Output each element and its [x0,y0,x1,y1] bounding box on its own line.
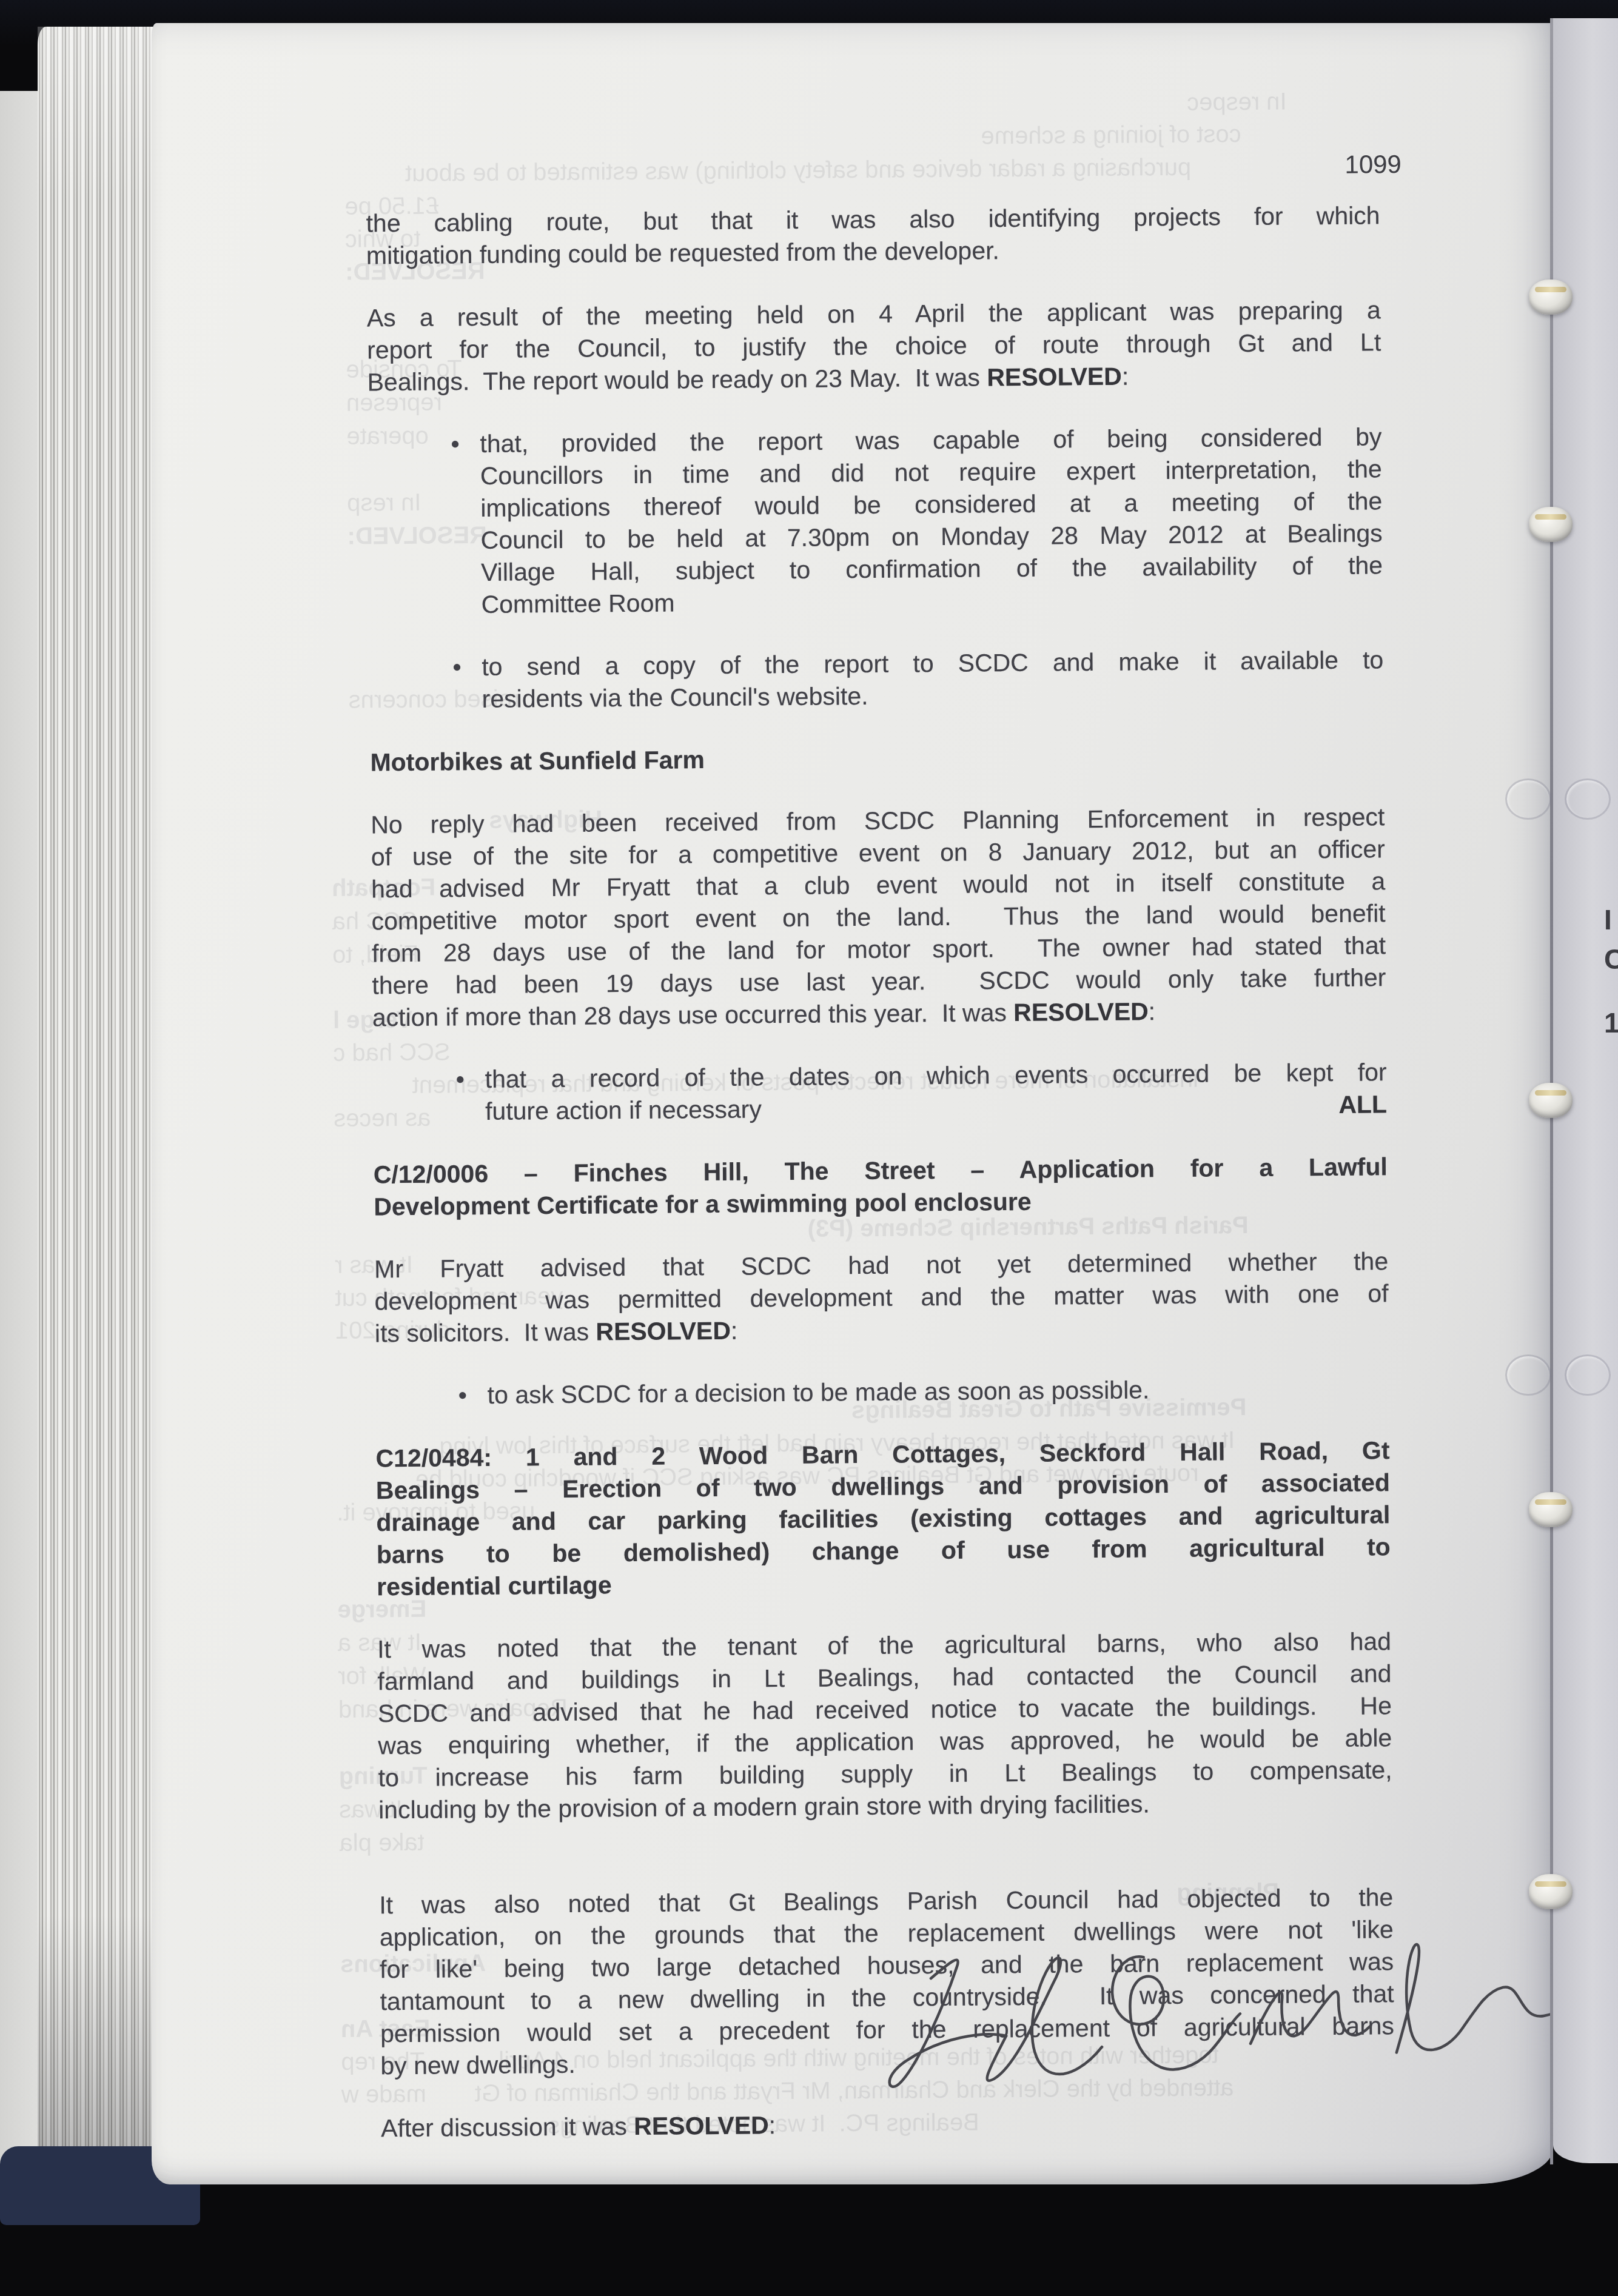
page-number: 1099 [1344,150,1401,179]
bleed-through-ghost-text: In respeccost of joining a schemepurchas… [152,23,1545,27]
bullet-item: that, provided the report was capable of… [480,421,1383,621]
text-line: residents via the Council's website. [482,676,1384,715]
binding-post [1529,1874,1573,1909]
paragraph: the cabling route, but that it was also … [366,199,1380,272]
ghost-text-fragment: cost of joining a scheme [981,121,1241,150]
embossed-hole-mark [1565,1354,1611,1396]
page-content-area: In respeccost of joining a schemepurchas… [152,23,1553,2184]
signature [858,1900,1553,2184]
text-line: future action if necessaryALL [485,1088,1387,1128]
embossed-hole-mark [1505,1354,1551,1396]
text-line: Committee Room [481,581,1383,621]
section-heading: C/12/0006 – Finches Hill, The Street – A… [374,1151,1388,1223]
scanned-page: In respeccost of joining a schemepurchas… [152,23,1553,2184]
text-line: Motorbikes at Sunfield Farm [370,738,1384,778]
embossed-hole-mark [1565,778,1611,820]
section-heading: C12/0484: 1 and 2 Wood Barn Cottages, Se… [375,1434,1391,1603]
paragraph: As a result of the meeting held on 4 Apr… [367,294,1381,398]
ghost-text-fragment: In respec [1187,89,1287,116]
bullet-item: that a record of the dates on which even… [485,1056,1387,1128]
binding-post [1529,1083,1573,1118]
binding-post [1529,1492,1573,1527]
scanned-minute-book-photo: In respeccost of joining a schemepurchas… [0,0,1618,2296]
next-page-text-fragment: I [1604,903,1612,936]
binding-post [1529,507,1573,542]
fanned-page-stack [38,27,153,2221]
action-owner-tag: ALL [1338,1088,1387,1121]
bullet-item: to send a copy of the report to SCDC and… [482,644,1384,715]
next-page-text-fragment: 1 [1604,1006,1618,1039]
underlying-page-edge [0,91,38,2201]
ghost-text-fragment: purchasing a radar device and safety clo… [405,154,1192,187]
next-page-text-fragment: C [1604,943,1618,976]
bullet-item: to ask SCDC for a decision to be made as… [488,1372,1389,1411]
paragraph: Mr Fryatt advised that SCDC had not yet … [374,1245,1389,1350]
binding-post [1529,279,1573,315]
embossed-hole-mark [1505,778,1551,820]
paragraph: It was noted that the tenant of the agri… [377,1625,1392,1826]
section-heading: Motorbikes at Sunfield Farm [370,738,1384,778]
minutes-text-column: the cabling route, but that it was also … [366,199,1395,2175]
text-line: to ask SCDC for a decision to be made as… [488,1372,1389,1411]
paragraph: No reply had been received from SCDC Pla… [371,801,1386,1034]
